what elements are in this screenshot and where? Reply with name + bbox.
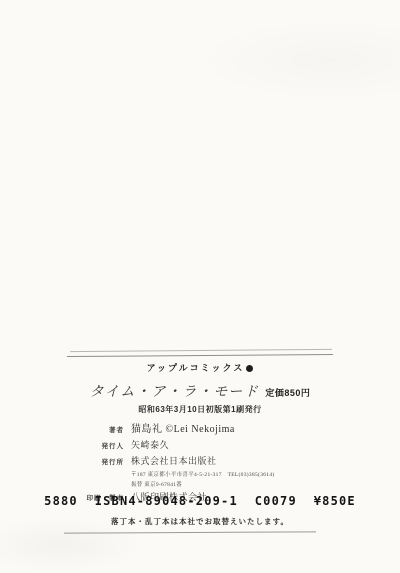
colophon-label: 著者 [78, 425, 131, 434]
colophon-page: アップルコミックス タイム・ア・ラ・モード定価850円 昭和63年3月10日初版… [0, 0, 400, 573]
replacement-notice: 落丁本・乱丁本は本社でお取替えいたします。 [0, 516, 400, 527]
colophon-value: 矢崎泰久 [131, 438, 169, 451]
colophon-label: 発行所 [78, 457, 131, 466]
title-line: タイム・ア・ラ・モード定価850円 [0, 381, 400, 401]
edition-line: 昭和63年3月10日初版第1刷発行 [0, 404, 400, 415]
colophon-label: 発行人 [78, 441, 131, 450]
colophon-value: 猫島礼 ©Lei Nekojima [131, 420, 235, 435]
colophon-value: 振替 東京9-67841番 [131, 480, 182, 488]
isbn-line: 5880 ISBN4-89048-209-1 C0079 ¥850E [0, 494, 400, 508]
colophon-row-publisher-person: 発行人 矢崎泰久 [78, 438, 328, 451]
series-logo-icon [246, 365, 253, 372]
colophon-value: 株式会社日本出版社 [131, 454, 217, 467]
colophon-row-address: 〒187 東京都小平市喜平4-5-21-317 TEL(03)385(3614) [78, 470, 328, 478]
price-label: 定価850円 [265, 388, 310, 398]
top-double-rule-lower [67, 354, 333, 357]
colophon-row-author: 著者 猫島礼 ©Lei Nekojima [78, 420, 328, 435]
colophon-row-postal-transfer: 振替 東京9-67841番 [78, 480, 328, 488]
bottom-rule [64, 531, 316, 533]
colophon-value: 〒187 東京都小平市喜平4-5-21-317 TEL(03)385(3614) [131, 470, 275, 478]
colophon-row-publishing-house: 発行所 株式会社日本出版社 [78, 454, 328, 467]
series-line: アップルコミックス [0, 361, 400, 374]
top-double-rule-upper [70, 349, 332, 352]
book-title: タイム・ア・ラ・モード [90, 385, 260, 400]
series-label: アップルコミックス [147, 363, 245, 373]
